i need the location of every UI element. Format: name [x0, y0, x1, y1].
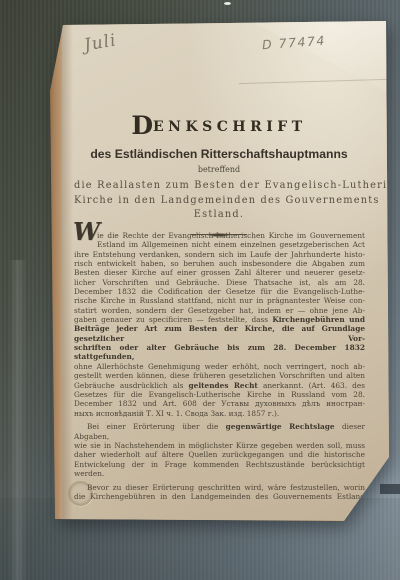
background-left-highlight [9, 260, 27, 580]
body-line: Entwickelung der in Frage kommenden Rech… [74, 460, 365, 479]
title-rest: ENKSCHRIFT [153, 119, 307, 135]
dust-speck [224, 2, 231, 5]
emphasized-text: Kirchengebühren und [272, 315, 365, 324]
body-segment: Besten dieser Kirche auf einer grossen Z… [74, 268, 365, 277]
title-connector: betreffend [74, 165, 364, 174]
body-segment: ihre Entstehung verdanken, sondern sich … [74, 250, 365, 259]
body-line: December 1832 die Codification der Geset… [74, 287, 365, 296]
body-segment: Bei einer Erörterung über die [87, 422, 226, 431]
body-segment: Entwickelung der in Frage kommenden Rech… [74, 460, 365, 478]
emphasized-text: gegenwärtige Rechtslage [226, 422, 335, 431]
title-initial: D [131, 111, 153, 140]
body-segment: Gesetzes für die Evangelisch-Lutherische… [74, 390, 365, 399]
subject-line-3: Estland. [74, 208, 364, 223]
body-line: December 1832 und Art. 608 der Уставы ду… [74, 399, 365, 408]
body-segment: daher wiederholt auf ältere Quellen zurü… [74, 450, 365, 459]
body-paragraph: Bei einer Erörterung über die gegenwärti… [74, 422, 365, 478]
body-segment: December 1832 die Codification der Geset… [74, 287, 365, 296]
body-segment: December 1832 und Art. 608 der Уставы ду… [74, 399, 365, 408]
body-segment: Bevor zu dieser Erörterung geschritten w… [87, 483, 365, 492]
page-gutter-shadow [62, 21, 73, 520]
body-line: wie sie in Nachstehendem in möglichster … [74, 441, 365, 450]
photo-background: Juli D 77474 DENKSCHRIFT des Estländisch… [0, 0, 400, 580]
paper-stack: Juli D 77474 DENKSCHRIFT des Estländisch… [48, 19, 390, 523]
body-line: ihre Entstehung verdanken, sondern sich … [74, 250, 365, 259]
body-segment: wie sie in Nachstehendem in möglichster … [74, 441, 365, 450]
subject-line-1: die Reallasten zum Besten der Evangelisc… [74, 179, 364, 194]
body-paragraph: Wie die Rechte der Evangelisch-Lutherisc… [74, 231, 365, 418]
ornamental-dropcap: W [73, 227, 100, 236]
body-segment: gestellt werden können, diese früheren g… [74, 371, 365, 380]
body-segment: Estland im Allgemeinen nicht einem einze… [97, 240, 365, 249]
body-segment: gaben genauer zu specificiren — feststel… [74, 315, 272, 324]
body-line: rische Kirche in Russland stattfand, nic… [74, 296, 365, 305]
body-line: licher Vorschriften und Gebräuche. Diese… [74, 278, 365, 287]
body-segment: licher Vorschriften und Gebräuche. Diese… [74, 278, 365, 287]
body-line: daher wiederholt auf ältere Quellen zurü… [74, 450, 365, 459]
body-line: gaben genauer zu specificiren — feststel… [74, 315, 365, 324]
pamphlet-paper: Juli D 77474 DENKSCHRIFT des Estländisch… [48, 19, 390, 523]
body-line: ohne Allerhöchste Genehmigung weder erhö… [74, 362, 365, 371]
body-line: Estland im Allgemeinen nicht einem einze… [74, 240, 365, 249]
subject-line-2: Kirche in den Landgemeinden des Gouverne… [74, 194, 364, 209]
body-line: Beiträge jeder Art zum Besten der Kirche… [74, 324, 365, 343]
emphasized-text: geltendes Recht [189, 381, 258, 390]
emphasized-text: schriften oder alter Gebräuche bis zum 2… [74, 343, 365, 361]
body-segment: ie die Rechte der Evangelisch-Lutherisch… [97, 231, 365, 240]
pamphlet-title: DENKSCHRIFT [74, 111, 364, 140]
title-block: DENKSCHRIFT des Estländischen Ritterscha… [74, 111, 364, 237]
body-segment: rische Kirche in Russland stattfand, nic… [74, 296, 365, 305]
pamphlet-subtitle: des Estländischen Ritterschaftshauptmann… [74, 147, 364, 161]
body-text: Wie die Rechte der Evangelisch-Lutherisc… [74, 231, 365, 506]
body-line: ie die Rechte der Evangelisch-Lutherisch… [74, 231, 365, 240]
body-segment: ohne Allerhöchste Genehmigung weder erhö… [74, 362, 365, 371]
body-line: Bevor zu dieser Erörterung geschritten w… [74, 483, 365, 492]
body-line: Gesetzes für die Evangelisch-Lutherische… [74, 390, 365, 399]
body-segment: Gebräuche ausdrücklich als [74, 381, 189, 390]
body-segment: die Kirchengebühren in den Landgemeinden… [74, 492, 365, 501]
body-line: ныхъ исповѣданій Т. XI ч. 1. Свода Зак. … [74, 409, 365, 418]
body-segment: statirt worden, sondern der Gesetzgeber … [74, 306, 365, 315]
body-segment: risch entwickelt haben, so beruhen auch … [74, 259, 365, 268]
body-line: Besten dieser Kirche auf einer grossen Z… [74, 268, 365, 277]
body-segment: anerkannt. (Art. 463. des [258, 381, 365, 390]
body-line: risch entwickelt haben, so beruhen auch … [74, 259, 365, 268]
body-line: die Kirchengebühren in den Landgemeinden… [74, 492, 365, 501]
body-line: Bei einer Erörterung über die gegenwärti… [74, 422, 365, 441]
body-segment: ныхъ исповѣданій Т. XI ч. 1. Свода Зак. … [74, 409, 279, 418]
body-line: gestellt werden können, diese früheren g… [74, 371, 365, 380]
emphasized-text: Beiträge jeder Art zum Besten der Kirche… [74, 324, 365, 342]
body-paragraph: Bevor zu dieser Erörterung geschritten w… [74, 483, 365, 502]
body-line: schriften oder alter Gebräuche bis zum 2… [74, 343, 365, 362]
body-line: Gebräuche ausdrücklich als geltendes Rec… [74, 381, 365, 390]
body-line: statirt worden, sondern der Gesetzgeber … [74, 306, 365, 315]
